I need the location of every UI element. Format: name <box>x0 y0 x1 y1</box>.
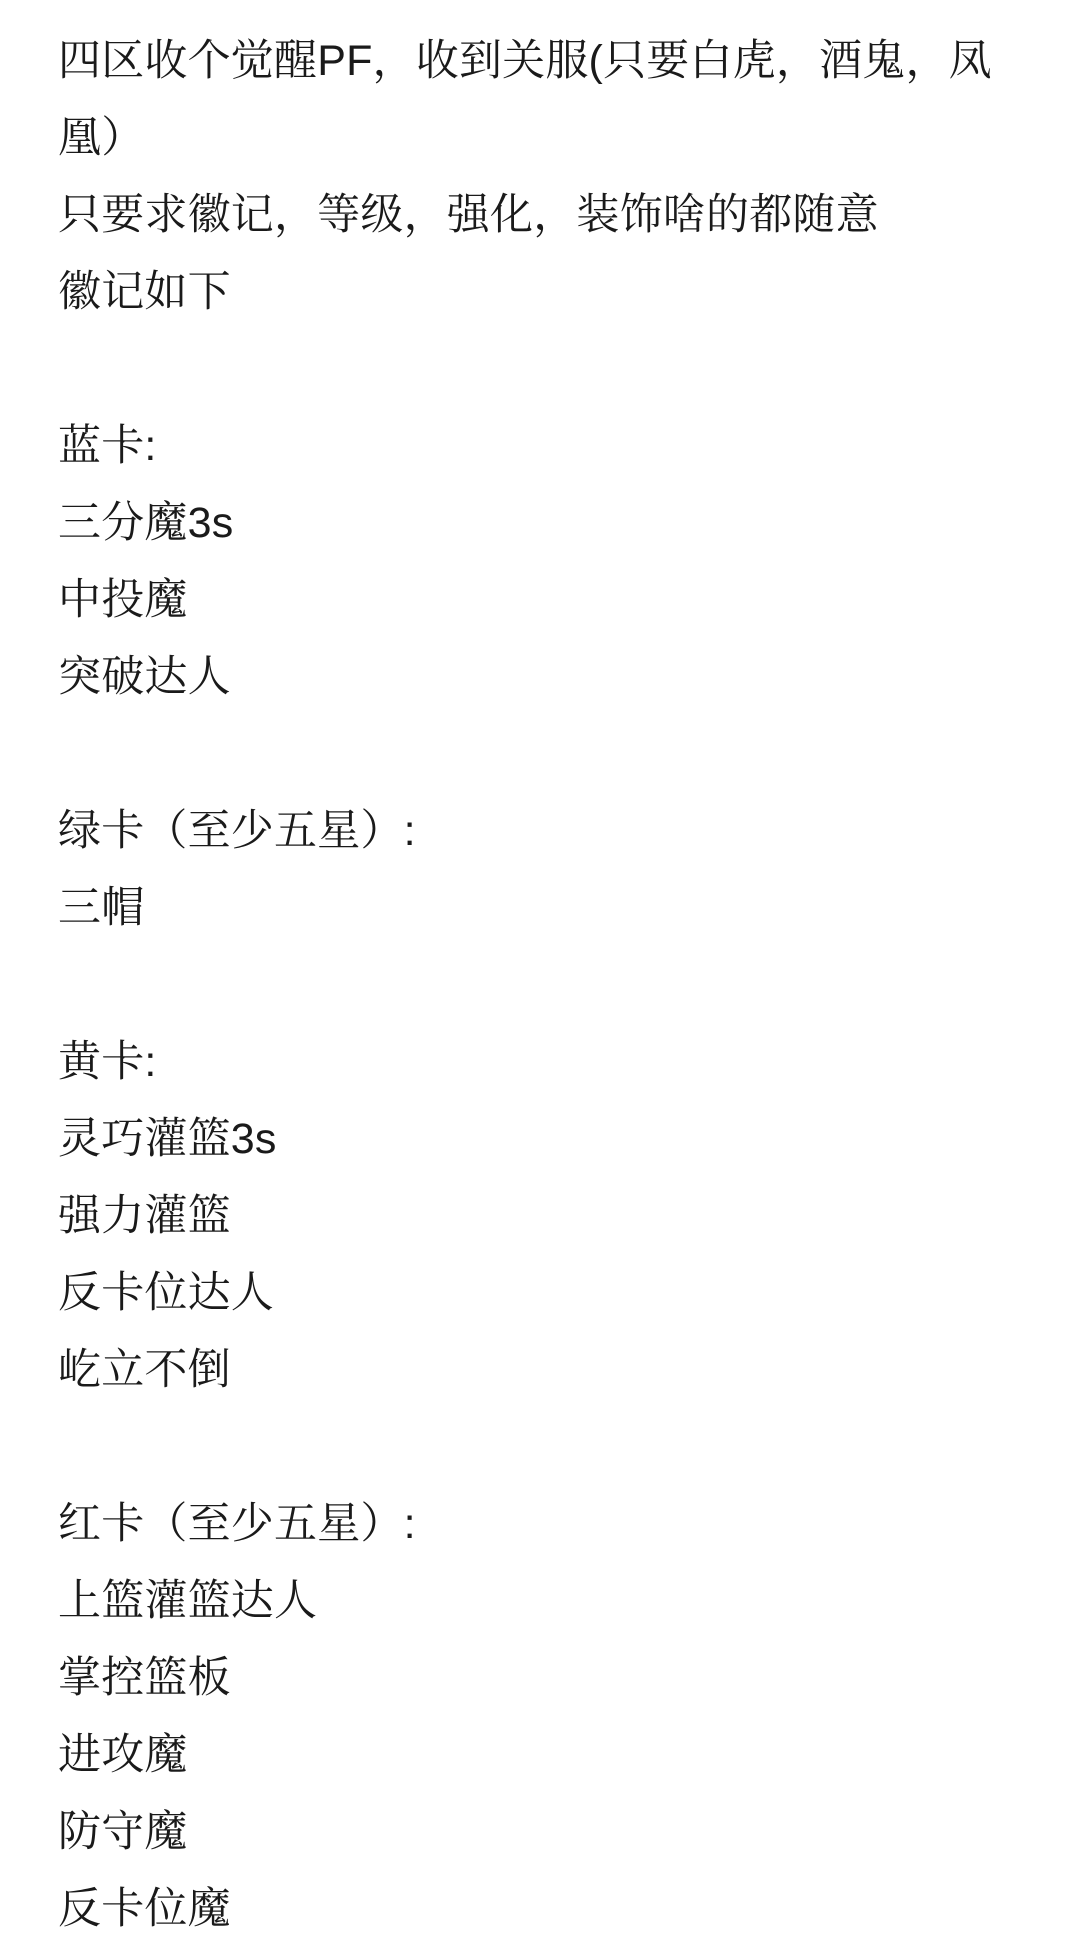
text-line: 突破达人 <box>58 639 1040 716</box>
text-line: 防守魔 <box>58 1794 1040 1871</box>
text-line <box>58 716 1040 793</box>
text-line <box>58 331 1040 408</box>
text-line: 蓝卡: <box>58 408 1040 485</box>
text-line: 灵巧灌篮3s <box>58 1101 1040 1178</box>
text-line: 只要求徽记，等级，强化，装饰啥的都随意 <box>58 177 1040 254</box>
text-line: 三分魔3s <box>58 485 1040 562</box>
text-line: 掌控篮板 <box>58 1640 1040 1717</box>
text-line: 黄卡: <box>58 1024 1040 1101</box>
text-line: 屹立不倒 <box>58 1332 1040 1409</box>
text-line: 中投魔 <box>58 562 1040 639</box>
text-line: 强力灌篮 <box>58 1178 1040 1255</box>
text-line <box>58 1409 1040 1486</box>
text-line: 反卡位魔 <box>58 1871 1040 1948</box>
text-line: 绿卡（至少五星）: <box>58 793 1040 870</box>
text-line: 四区收个觉醒PF，收到关服(只要白虎，酒鬼，凤 <box>58 23 1040 100</box>
text-line: 上篮灌篮达人 <box>58 1563 1040 1640</box>
text-line <box>58 947 1040 1024</box>
page: 四区收个觉醒PF，收到关服(只要白虎，酒鬼，凤凰）只要求徽记，等级，强化，装饰啥… <box>0 0 1080 1949</box>
text-line: 凰） <box>58 100 1040 177</box>
text-line: 进攻魔 <box>58 1717 1040 1794</box>
post-body: 四区收个觉醒PF，收到关服(只要白虎，酒鬼，凤凰）只要求徽记，等级，强化，装饰啥… <box>0 0 1080 1948</box>
text-line: 三帽 <box>58 870 1040 947</box>
text-line: 反卡位达人 <box>58 1255 1040 1332</box>
text-line: 徽记如下 <box>58 254 1040 331</box>
text-line: 红卡（至少五星）: <box>58 1486 1040 1563</box>
